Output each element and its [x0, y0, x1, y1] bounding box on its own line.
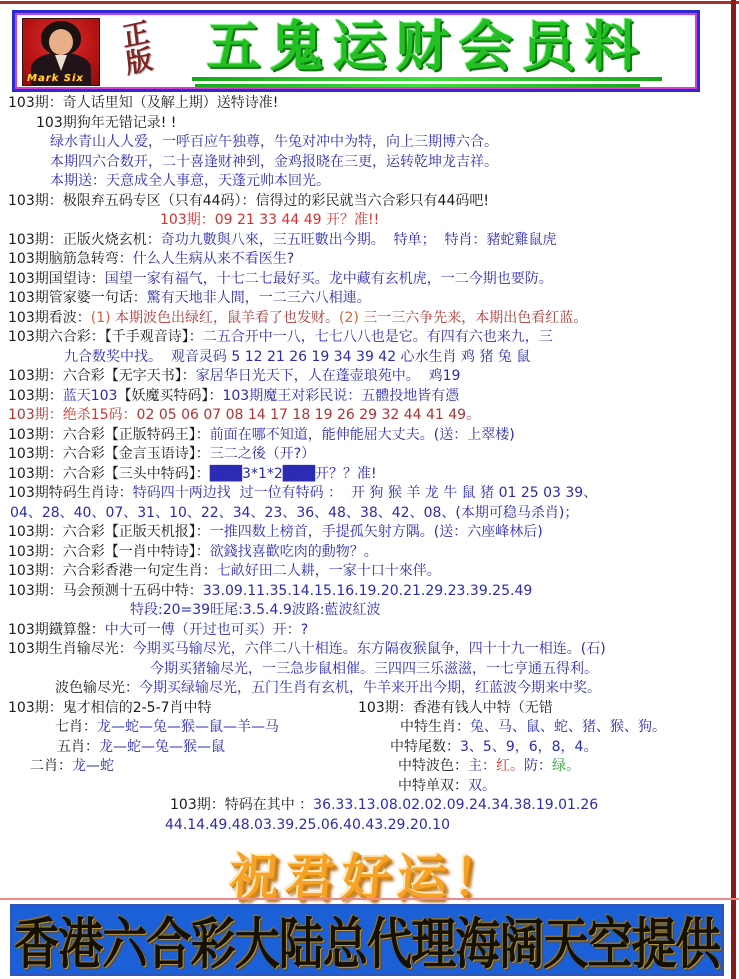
text-segment: 103期：正版火烧玄机： [8, 232, 161, 248]
text-segment: 103期国望诗： [8, 271, 105, 287]
text-segment: 二五合开中一八，七七八八也是它。有四有六也来九，三 [203, 329, 553, 345]
text-segment: 主： [468, 758, 496, 774]
text-segment: 特段:20=39旺尾:3.5.4.9波路:藍波紅波 [130, 602, 381, 618]
text-segment: 双。 [468, 778, 496, 794]
text-segment: 103期：六合彩【金言玉语诗】： [8, 446, 210, 462]
footer-banner: 香港六合彩大陆总代理海阔天空提供 [10, 904, 724, 976]
text-segment: 本期送：天意成全人事意，天蓬元帅本回光。 [50, 173, 330, 189]
text-segment: 103期：特码在其中 ： [170, 797, 313, 813]
text-segment: 103期：马会预测十五码中特： [8, 583, 203, 599]
text-line: 103期脑筋急转弯：什么人生病从来不看医生? [0, 250, 731, 270]
text-segment: 兔、马、鼠、蛇、猪、猴、狗。 [470, 719, 666, 735]
text-segment: 103期：六合彩【正版天机报】： [8, 524, 210, 540]
text-segment: 103期：鬼才相信的2-5-7肖中特 [8, 700, 212, 716]
text-segment: 三一三六争先来，本期出色看红蓝。 [363, 310, 587, 326]
text-segment: 中大可一傅（开过也可买）开：? [105, 622, 308, 638]
text-segment: 103期：极限弃五码专区（只有44码）：信得过的彩民就当六合彩只有44码吧! [8, 193, 489, 209]
page: Mark Six 正版 五鬼运财会员料 103期：奇人话里知（及解上期）送特诗准… [0, 0, 739, 979]
text-segment: ：02 05 06 07 08 14 17 18 19 26 29 32 44 … [123, 407, 481, 423]
text-segment: 中特生肖： [400, 719, 470, 735]
text-segment: 七肖： [55, 719, 97, 735]
text-segment: 36.33.13.08.02.02.09.24.34.38.19.01.26 [313, 797, 598, 813]
text-line: 中特单双：双。 [0, 777, 731, 797]
footer-banner-text: 香港六合彩大陆总代理海阔天空提供 [14, 904, 720, 976]
text-segment: 3、5、9，6，8，4。 [460, 739, 597, 755]
title-block: 五鬼运财会员料 [157, 19, 697, 87]
text-column: 中特生肖：兔、马、鼠、蛇、猪、猴、狗。 [400, 718, 666, 738]
text-segment: 103期：六合彩【一肖中特诗】： [8, 544, 210, 560]
text-segment: 103期：香港有钱人中特（无错 [358, 700, 553, 716]
text-segment: 103期管家婆一句话： [8, 290, 147, 306]
text-segment: 九合数奖中找。 观音灵码 5 12 21 26 19 34 39 42 心水生肖… [64, 349, 530, 365]
text-line: 103期：奇人话里知（及解上期）送特诗准! [0, 94, 731, 114]
stamp-zhengban: 正版 [112, 18, 152, 79]
portrait-caption: Mark Six [27, 73, 84, 84]
text-segment: 蓝天103 [63, 388, 118, 404]
text-line: 103期：六合彩香港一句定生肖：七畝好田二人耕，一家十口十來伴。 [0, 562, 731, 582]
text-segment: 防： [524, 758, 552, 774]
text-segment: (1) [91, 310, 115, 326]
text-segment: 三二之後（开?） [210, 446, 315, 462]
text-segment: 国望一家有福气，十七二七最好买。龙中藏有玄机虎，一二今期也要防。 [105, 271, 553, 287]
text-line: 103期：绝杀15码：02 05 06 07 08 14 17 18 19 26… [0, 406, 731, 426]
text-line: 103期管家婆一句话：驚有天地非人間，一二三六八相連。 [0, 289, 731, 309]
text-column: 103期：香港有钱人中特（无错 [358, 699, 553, 719]
text-line: 103期：特码在其中 ：36.33.13.08.02.02.09.24.34.3… [0, 796, 731, 816]
text-segment: 今期买马输尽光，六伴二八十相连。东方隔夜猴鼠争，四十十九一相连。(石) [133, 641, 606, 657]
text-segment: 家居华日光天下，人在蓬壶琅苑中。 鸡19 [196, 368, 461, 384]
portrait-face [49, 29, 73, 55]
text-line: 04、28、40、07、31、10、22、34、23、36、48、38、42、0… [0, 504, 731, 524]
text-segment: 红。 [496, 758, 524, 774]
page-title: 五鬼运财会员料 [157, 19, 697, 75]
text-line: 103期生肖输尽光：今期买马输尽光，六伴二八十相连。东方隔夜猴鼠争，四十十九一相… [0, 640, 731, 660]
text-segment: 103期魔王对彩民说：五體投地皆有憑 [222, 388, 459, 404]
text-line: 103期鐡算盤：中大可一傅（开过也可买）开：? [0, 621, 731, 641]
text-segment: 103期生肖输尽光： [8, 641, 133, 657]
text-segment: 103期脑筋急转弯： [8, 251, 133, 267]
text-segment: 中特单双： [398, 778, 468, 794]
text-line: 103期国望诗：国望一家有福气，十七二七最好买。龙中藏有玄机虎，一二今期也要防。 [0, 270, 731, 290]
content-lines: 103期：奇人话里知（及解上期）送特诗准!103期狗年无错记录! !绿水青山人人… [0, 94, 731, 835]
text-line: 103期：六合彩【正版天机报】：一推四数上榜首，手提孤矢射方隅。(送：六座峰林后… [0, 523, 731, 543]
text-line: 103期狗年无错记录! ! [0, 114, 731, 134]
text-line: 二肖：龙—蛇中特波色：主：红。防：绿。 [0, 757, 731, 777]
text-segment: 驚有天地非人間，一二三六八相連。 [147, 290, 371, 306]
text-segment: 龙—蛇—兔—猴—鼠 [99, 739, 225, 755]
text-column: 中特单双：双。 [398, 777, 496, 797]
text-line: 103期：09 21 33 44 49 开？准!! [0, 211, 731, 231]
text-line: 103期：六合彩【金言玉语诗】：三二之後（开?） [0, 445, 731, 465]
text-segment: 今期买绿输尽光，五门生肖有玄机，牛羊来开出今期，红蓝波今期来中奖。 [139, 680, 601, 696]
text-segment: (2) [339, 310, 363, 326]
text-segment: 绿。 [552, 758, 580, 774]
text-segment: 103期鐡算盤： [8, 622, 105, 638]
text-line: 九合数奖中找。 观音灵码 5 12 21 26 19 34 39 42 心水生肖… [0, 348, 731, 368]
text-segment: 龙—蛇 [72, 758, 114, 774]
text-line: 103期：六合彩【正版特码王】：前面在哪不知道，能伸能屈大丈夫。(送：上翠楼) [0, 426, 731, 446]
text-segment: 一推四数上榜首，手提孤矢射方隅。(送：六座峰林后) [210, 524, 543, 540]
text-segment: 103期狗年无错记录! ! [36, 115, 176, 131]
text-column: 中特波色：主：红。防：绿。 [398, 757, 580, 777]
text-segment: 本期四六合数开，二十喜逢财神到，金鸡报晓在三更，运转乾坤龙吉祥。 [50, 154, 498, 170]
text-segment: 04、28、40、07、31、10、22、34、23、36、48、38、42、0… [10, 505, 578, 521]
text-line: 绿水青山人人爱，一呼百应午独尊，牛兔对冲中为特，向上三期博六合。 [0, 133, 731, 153]
text-segment: 33.09.11.35.14.15.16.19.20.21.29.23.39.2… [203, 583, 533, 599]
text-line: 特段:20=39旺尾:3.5.4.9波路:藍波紅波 [0, 601, 731, 621]
text-segment: 103期特码生肖诗： [8, 485, 133, 501]
text-segment: 103期六合彩：【千手观音诗】： [8, 329, 203, 345]
text-line: 七肖：龙—蛇—兔—猴—鼠—羊—马中特生肖：兔、马、鼠、蛇、猪、猴、狗。 [0, 718, 731, 738]
text-segment: 奇功九數與八來，三五旺數出今期。 特单； 特肖：豬蛇雞鼠虎 [161, 232, 557, 248]
text-segment: 103期：09 21 33 44 49 开？准!! [160, 212, 379, 228]
text-line: 五肖：龙—蛇—兔—猴—鼠中特尾数：3、5、9，6，8，4。 [0, 738, 731, 758]
text-segment: 绿水青山人人爱，一呼百应午独尊，牛兔对冲中为特，向上三期博六合。 [50, 134, 498, 150]
text-line: 103期：马会预测十五码中特：33.09.11.35.14.15.16.19.2… [0, 582, 731, 602]
text-segment: 103期：六合彩香港一句定生肖： [8, 563, 217, 579]
text-line: 103期：六合彩【无字天书】：家居华日光天下，人在蓬壶琅苑中。 鸡19 [0, 367, 731, 387]
text-line: 103期：极限弃五码专区（只有44码）：信得过的彩民就当六合彩只有44码吧! [0, 192, 731, 212]
text-segment: 44.14.49.48.03.39.25.06.40.43.29.20.10 [165, 817, 450, 833]
text-segment: 本期波色出绿红，鼠羊看了也发财。 [115, 310, 339, 326]
text-segment: 今期买猪输尽光，一三急步鼠相催。三四四三乐滋滋，一七亨通五得利。 [150, 661, 598, 677]
text-line: 103期：六合彩【三头中特码】：███3*1*2███开？？准! [0, 465, 731, 485]
text-line: 103期：六合彩【一肖中特诗】：欲錢找喜歡吃肉的動物？。 [0, 543, 731, 563]
text-line: 103期六合彩：【千手观音诗】：二五合开中一八，七七八八也是它。有四有六也来九，… [0, 328, 731, 348]
text-segment: 中特波色： [398, 758, 468, 774]
text-line: 103期特码生肖诗：特码四十两边找 过一位有特码 ： 开 狗 猴 羊 龙 牛 鼠… [0, 484, 731, 504]
text-line: 今期买猪输尽光，一三急步鼠相催。三四四三乐滋滋，一七亨通五得利。 [0, 660, 731, 680]
text-segment: 特码四十两边找 过一位有特码 ： 开 狗 猴 羊 龙 牛 鼠 猪 01 25 0… [133, 485, 597, 501]
text-segment: 103期：奇人话里知（及解上期）送特诗准! [8, 95, 278, 111]
page-right-border [731, 0, 736, 979]
text-segment: 103期：六合彩【三头中特码】： [8, 466, 210, 482]
text-segment: 103期： [8, 407, 63, 423]
text-segment: 前面在哪不知道，能伸能屈大丈夫。(送：上翠楼) [210, 427, 515, 443]
text-segment: 二肖： [30, 758, 72, 774]
text-segment: 103期看波： [8, 310, 91, 326]
portrait-photo: Mark Six [22, 18, 100, 86]
text-segment: ███3*1*2███开？？准! [210, 466, 377, 482]
header: Mark Six 正版 五鬼运财会员料 [12, 10, 700, 92]
text-segment: 中特尾数： [390, 739, 460, 755]
text-segment: 103期： [8, 388, 63, 404]
divider-line [0, 898, 739, 900]
text-line: 44.14.49.48.03.39.25.06.40.43.29.20.10 [0, 816, 731, 836]
page-top-border [0, 1, 739, 4]
text-line: 本期送：天意成全人事意，天蓬元帅本回光。 [0, 172, 731, 192]
text-segment: 龙—蛇—兔—猴—鼠—羊—马 [97, 719, 279, 735]
text-segment: 五肖： [57, 739, 99, 755]
text-line: 103期：鬼才相信的2-5-7肖中特103期：香港有钱人中特（无错 [0, 699, 731, 719]
text-segment: 103期：六合彩【正版特码王】： [8, 427, 210, 443]
text-line: 本期四六合数开，二十喜逢财神到，金鸡报晓在三更，运转乾坤龙吉祥。 [0, 153, 731, 173]
text-segment: 绝杀15码 [63, 407, 123, 423]
text-column: 中特尾数：3、5、9，6，8，4。 [390, 738, 597, 758]
text-segment: 七畝好田二人耕，一家十口十來伴。 [217, 563, 441, 579]
title-underline-2 [195, 84, 640, 87]
text-segment: 欲錢找喜歡吃肉的動物？。 [210, 544, 378, 560]
text-segment: 103期：六合彩【无字天书】： [8, 368, 196, 384]
text-line: 103期看波：(1) 本期波色出绿红，鼠羊看了也发财。(2) 三一三六争先来，本… [0, 309, 731, 329]
header-frame: Mark Six 正版 五鬼运财会员料 [15, 13, 697, 89]
text-segment: 波色输尽光： [55, 680, 139, 696]
text-segment: 什么人生病从来不看医生? [133, 251, 294, 267]
text-line: 103期：蓝天103【妖魔买特码】：103期魔王对彩民说：五體投地皆有憑 [0, 387, 731, 407]
text-line: 波色输尽光：今期买绿输尽光，五门生肖有玄机，牛羊来开出今期，红蓝波今期来中奖。 [0, 679, 731, 699]
text-segment: 【妖魔买特码】： [117, 388, 222, 404]
text-line: 103期：正版火烧玄机：奇功九數與八來，三五旺數出今期。 特单； 特肖：豬蛇雞鼠… [0, 231, 731, 251]
